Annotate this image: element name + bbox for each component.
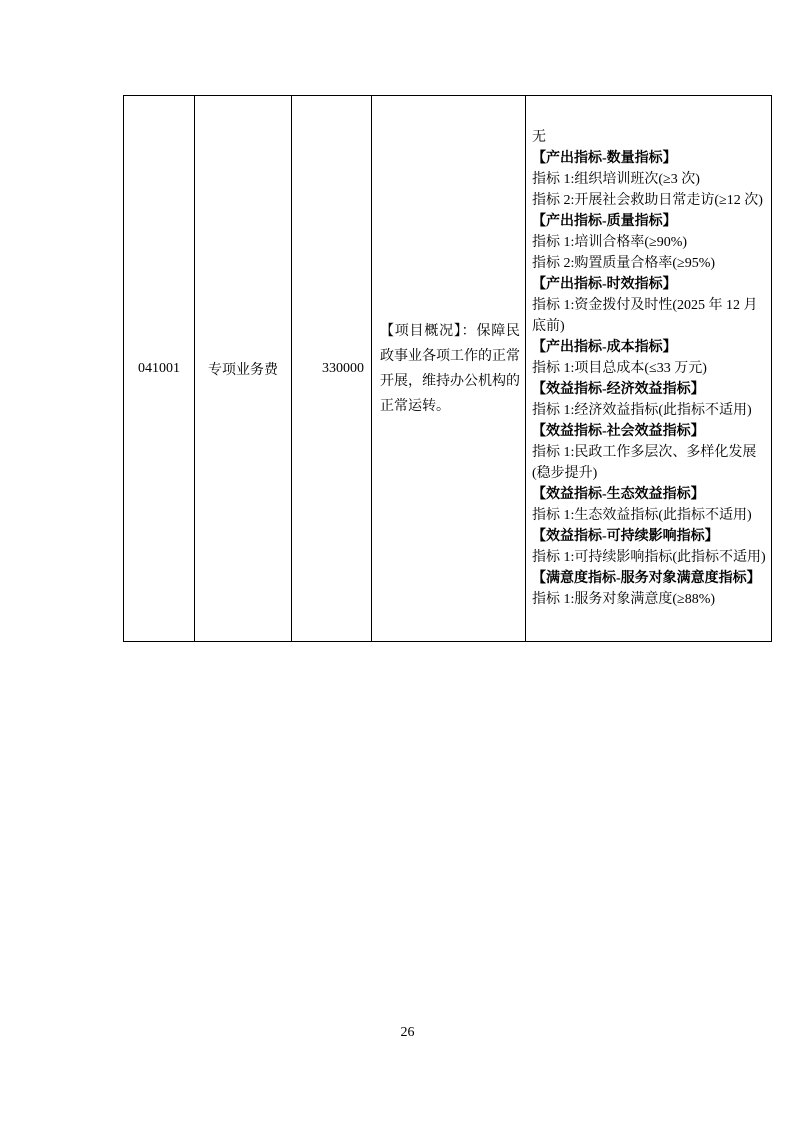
performance-section-header: 【产出指标-质量指标】 [532, 211, 767, 232]
performance-indicator-line: 指标 1:培训合格率(≥90%) [532, 232, 767, 253]
budget-table: 041001 专项业务费 330000 【项目概况】：保障民政事业各项工作的正常… [123, 95, 772, 642]
performance-indicator-line: 无 [532, 127, 767, 148]
performance-section-header: 【效益指标-可持续影响指标】 [532, 526, 767, 547]
performance-indicator-line: 指标 1:资金拨付及时性(2025 年 12 月底前) [532, 295, 767, 337]
performance-indicator-line: 指标 1:组织培训班次(≥3 次) [532, 169, 767, 190]
performance-indicator-line: 指标 1:生态效益指标(此指标不适用) [532, 505, 767, 526]
performance-indicator-line: 指标 1:服务对象满意度(≥88%) [532, 589, 767, 610]
project-amount-value: 330000 [322, 361, 371, 376]
project-code-cell: 041001 [124, 96, 195, 642]
performance-indicators-list: 无【产出指标-数量指标】指标 1:组织培训班次(≥3 次)指标 2:开展社会救助… [526, 127, 771, 610]
performance-indicator-line: 指标 2:购置质量合格率(≥95%) [532, 253, 767, 274]
document-page: 041001 专项业务费 330000 【项目概况】：保障民政事业各项工作的正常… [0, 0, 793, 1122]
performance-section-header: 【效益指标-生态效益指标】 [532, 484, 767, 505]
performance-indicator-line: 指标 1:民政工作多层次、多样化发展(稳步提升) [532, 442, 767, 484]
performance-indicators-cell: 无【产出指标-数量指标】指标 1:组织培训班次(≥3 次)指标 2:开展社会救助… [526, 96, 772, 642]
performance-section-header: 【效益指标-经济效益指标】 [532, 379, 767, 400]
performance-indicator-line: 指标 1:可持续影响指标(此指标不适用) [532, 547, 767, 568]
performance-section-header: 【产出指标-时效指标】 [532, 274, 767, 295]
page-number: 26 [0, 1025, 793, 1041]
performance-section-header: 【效益指标-社会效益指标】 [532, 421, 767, 442]
table-row: 041001 专项业务费 330000 【项目概况】：保障民政事业各项工作的正常… [124, 96, 772, 642]
performance-indicator-line: 指标 1:经济效益指标(此指标不适用) [532, 400, 767, 421]
project-amount-cell: 330000 [292, 96, 372, 642]
performance-section-header: 【产出指标-成本指标】 [532, 337, 767, 358]
project-overview-cell: 【项目概况】：保障民政事业各项工作的正常开展，维持办公机构的正常运转。 [372, 96, 526, 642]
project-overview-text: 【项目概况】：保障民政事业各项工作的正常开展，维持办公机构的正常运转。 [372, 319, 525, 419]
performance-indicator-line: 指标 1:项目总成本(≤33 万元) [532, 358, 767, 379]
performance-indicator-line: 指标 2:开展社会救助日常走访(≥12 次) [532, 190, 767, 211]
project-name-cell: 专项业务费 [195, 96, 292, 642]
performance-section-header: 【产出指标-数量指标】 [532, 148, 767, 169]
performance-section-header: 【满意度指标-服务对象满意度指标】 [532, 568, 767, 589]
